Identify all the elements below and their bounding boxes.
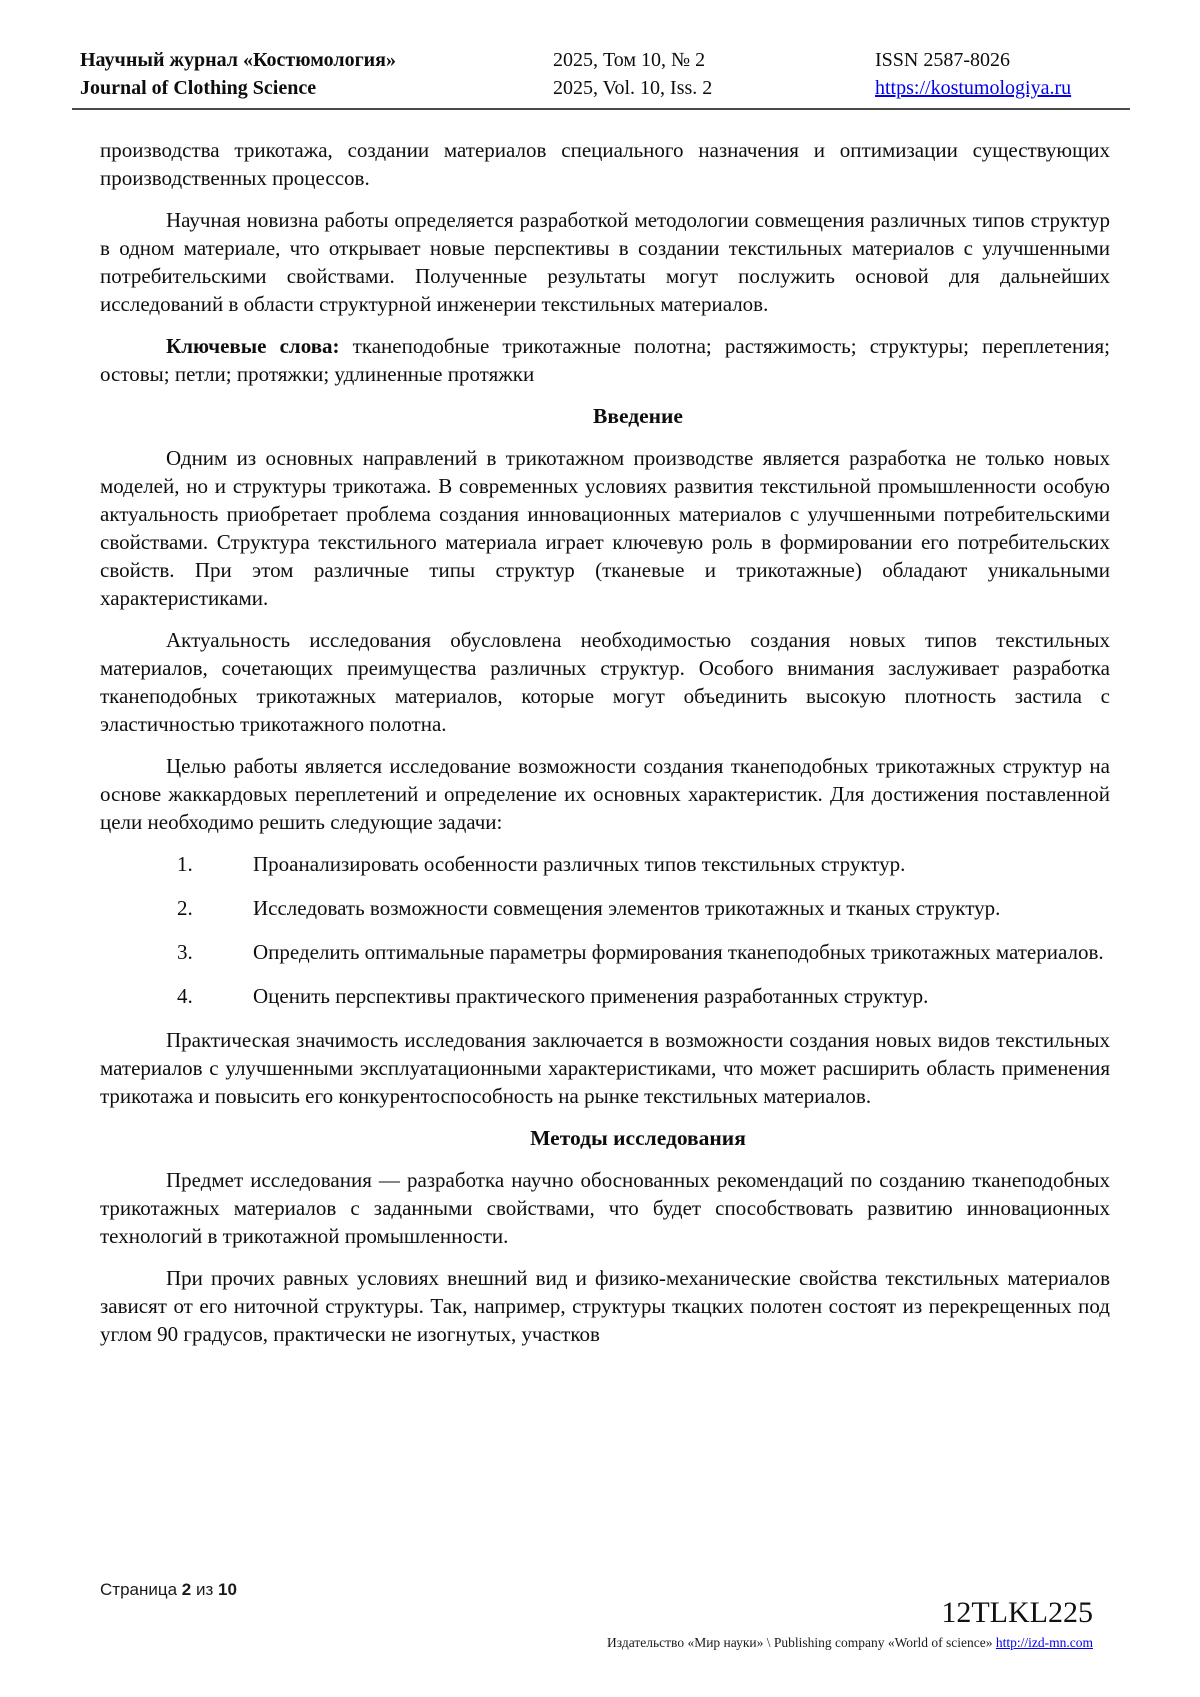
page-header: Научный журнал «Костюмология» Journal of… — [72, 0, 1130, 110]
publisher-site-link[interactable]: http://izd-mn.com — [996, 1635, 1093, 1650]
page-total: 10 — [218, 1580, 237, 1599]
article-body: производства трикотажа, создании материа… — [0, 110, 1200, 1348]
issue-info-en: 2025, Vol. 10, Iss. 2 — [553, 74, 875, 102]
paragraph-methods-1: Предмет исследования — разработка научно… — [100, 1166, 1110, 1250]
task-list-item: 1. Проанализировать особенности различны… — [100, 850, 1110, 878]
task-number: 4. — [177, 982, 193, 1010]
page-current: 2 — [182, 1580, 191, 1599]
section-title-methods: Методы исследования — [100, 1124, 1110, 1152]
page-word: Страница — [100, 1580, 177, 1599]
publisher-text: Издательство «Мир науки» \ Publishing co… — [607, 1635, 996, 1650]
issn-number: ISSN 2587-8026 — [875, 46, 1130, 74]
paragraph-goal: Целью работы является исследование возмо… — [100, 752, 1110, 836]
page-number: Страница 2 из 10 — [100, 1580, 237, 1600]
paragraph-intro-1: Одним из основных направлений в трикотаж… — [100, 444, 1110, 612]
paragraph-methods-2: При прочих равных условиях внешний вид и… — [100, 1264, 1110, 1348]
paragraph-intro-2: Актуальность исследования обусловлена не… — [100, 626, 1110, 738]
task-text: Проанализировать особенности различных т… — [253, 852, 905, 876]
task-list-item: 4. Оценить перспективы практического при… — [100, 982, 1110, 1010]
article-code: 12TLKL225 — [607, 1596, 1093, 1630]
journal-title-block: Научный журнал «Костюмология» Journal of… — [72, 46, 553, 102]
task-number: 2. — [177, 894, 193, 922]
journal-site-link[interactable]: https://kostumologiya.ru — [875, 77, 1071, 99]
section-title-introduction: Введение — [100, 402, 1110, 430]
issue-info-block: 2025, Том 10, № 2 2025, Vol. 10, Iss. 2 — [553, 46, 875, 102]
task-text: Оценить перспективы практического примен… — [253, 984, 928, 1008]
paragraph-novelty: Научная новизна работы определяется разр… — [100, 206, 1110, 318]
task-number: 3. — [177, 938, 193, 966]
task-list-item: 2. Исследовать возможности совмещения эл… — [100, 894, 1110, 922]
journal-title-en: Journal of Clothing Science — [80, 74, 553, 102]
paragraph-carryover: производства трикотажа, создании материа… — [100, 136, 1110, 192]
issn-block: ISSN 2587-8026 https://kostumologiya.ru — [875, 46, 1130, 102]
keywords-label: Ключевые слова: — [166, 334, 340, 358]
task-text: Исследовать возможности совмещения элеме… — [253, 896, 1000, 920]
task-number: 1. — [177, 850, 193, 878]
journal-title-ru: Научный журнал «Костюмология» — [80, 46, 553, 74]
paragraph-keywords: Ключевые слова: тканеподобные трикотажны… — [100, 332, 1110, 388]
issue-info-ru: 2025, Том 10, № 2 — [553, 46, 875, 74]
paragraph-practical: Практическая значимость исследования зак… — [100, 1026, 1110, 1110]
journal-page: Научный журнал «Костюмология» Journal of… — [0, 0, 1200, 1697]
page-of-word: из — [196, 1580, 213, 1599]
publisher-line: Издательство «Мир науки» \ Publishing co… — [607, 1635, 1093, 1651]
footer-right-block: 12TLKL225 Издательство «Мир науки» \ Pub… — [607, 1596, 1093, 1651]
task-list-item: 3. Определить оптимальные параметры форм… — [100, 938, 1110, 966]
task-text: Определить оптимальные параметры формиро… — [253, 940, 1104, 964]
